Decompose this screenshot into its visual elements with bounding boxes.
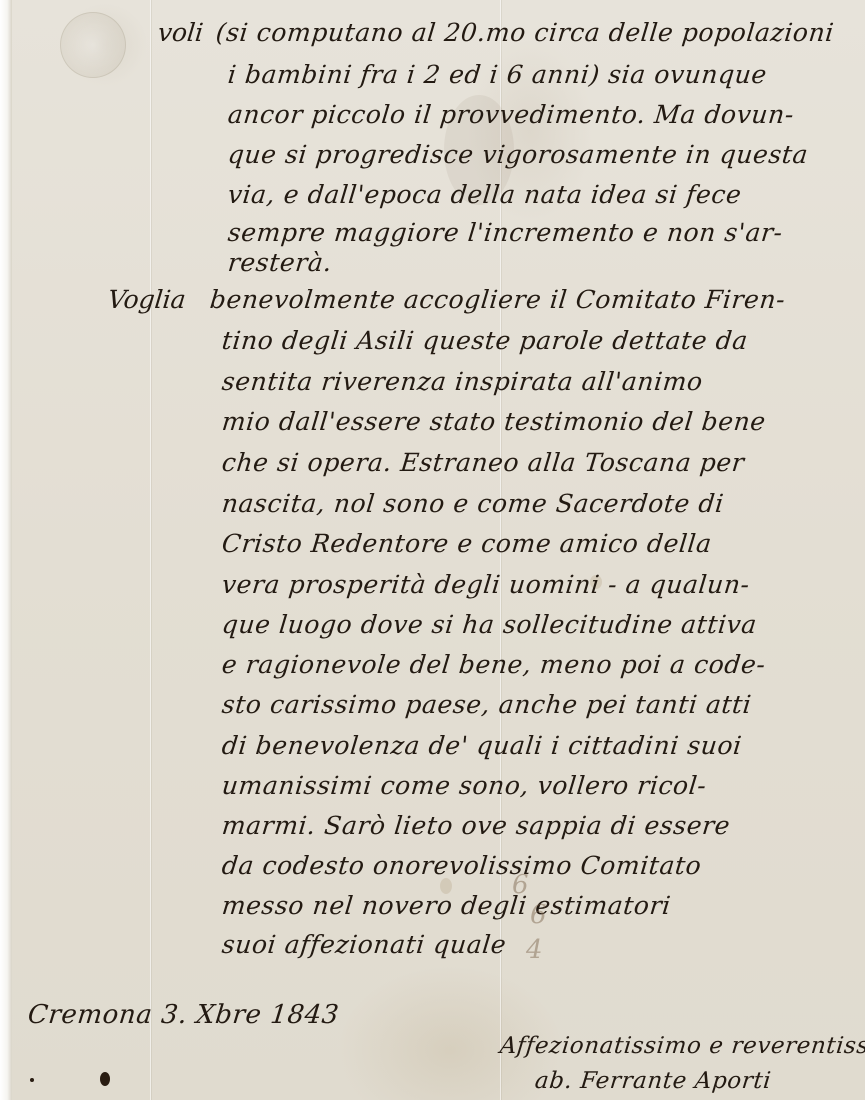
ink-blot <box>30 1078 34 1082</box>
letter-line: via, e dall'epoca della nata idea si fec… <box>226 180 743 209</box>
dateline: Cremona 3. Xbre 1843 <box>26 1000 340 1030</box>
faint-mark: 6 <box>530 900 547 930</box>
paper-left-edge <box>0 0 12 1100</box>
letter-line: umanissimi come sono, vollero ricol- <box>220 771 708 800</box>
margin-word: Voglia <box>106 285 187 314</box>
faint-mark: 6 <box>512 870 529 900</box>
ink-blot <box>100 1072 110 1086</box>
letter-line: da codesto onorevolissimo Comitato <box>220 851 702 880</box>
paper-fold-line <box>150 0 151 1100</box>
letter-line: que luogo dove si ha sollecitudine attiv… <box>220 610 758 639</box>
letter-line: nascita, nol sono e come Sacerdote di <box>220 489 725 518</box>
embossed-seal-icon <box>60 12 126 78</box>
letter-line: i bambini fra i 2 ed i 6 anni) sia ovunq… <box>226 60 768 89</box>
margin-word: voli <box>156 18 204 47</box>
letter-line: di benevolenza de' quali i cittadini suo… <box>220 731 743 760</box>
letter-line: (si computano al 20.mo circa delle popol… <box>214 18 835 47</box>
faint-mark: 4 <box>526 935 543 965</box>
letter-line: sentita riverenza inspirata all'animo <box>220 367 704 396</box>
closing-formula: Affezionatissimo e reverentissimo <box>499 1033 865 1059</box>
letter-line: Cristo Redentore e come amico della <box>220 529 713 558</box>
letter-line: resterà. <box>226 248 333 277</box>
letter-line: sempre maggiore l'incremento e non s'ar- <box>226 218 784 247</box>
letter-line: ancor piccolo il provvedimento. Ma dovun… <box>226 100 795 129</box>
letter-line: benevolmente accogliere il Comitato Fire… <box>208 285 786 314</box>
letter-line: vera prosperità degli uomini - a qualun- <box>220 570 751 599</box>
letter-line: marmi. Sarò lieto ove sappia di essere <box>220 811 731 840</box>
letter-line: messo nel novero degli estimatori <box>220 891 672 920</box>
signature: ab. Ferrante Aporti <box>534 1068 773 1094</box>
letter-line: sto carissimo paese, anche pei tanti att… <box>220 690 753 719</box>
letter-line: que si progredisce vigorosamente in ques… <box>226 140 809 169</box>
letter-line: che si opera. Estraneo alla Toscana per <box>220 448 746 477</box>
letter-line: mio dall'essere stato testimonio del ben… <box>220 407 767 436</box>
letter-line: tino degli Asili queste parole dettate d… <box>220 326 749 355</box>
letter-line: suoi affezionati quale <box>220 930 507 959</box>
letter-line: e ragionevole del bene, meno poi a code- <box>220 650 767 679</box>
